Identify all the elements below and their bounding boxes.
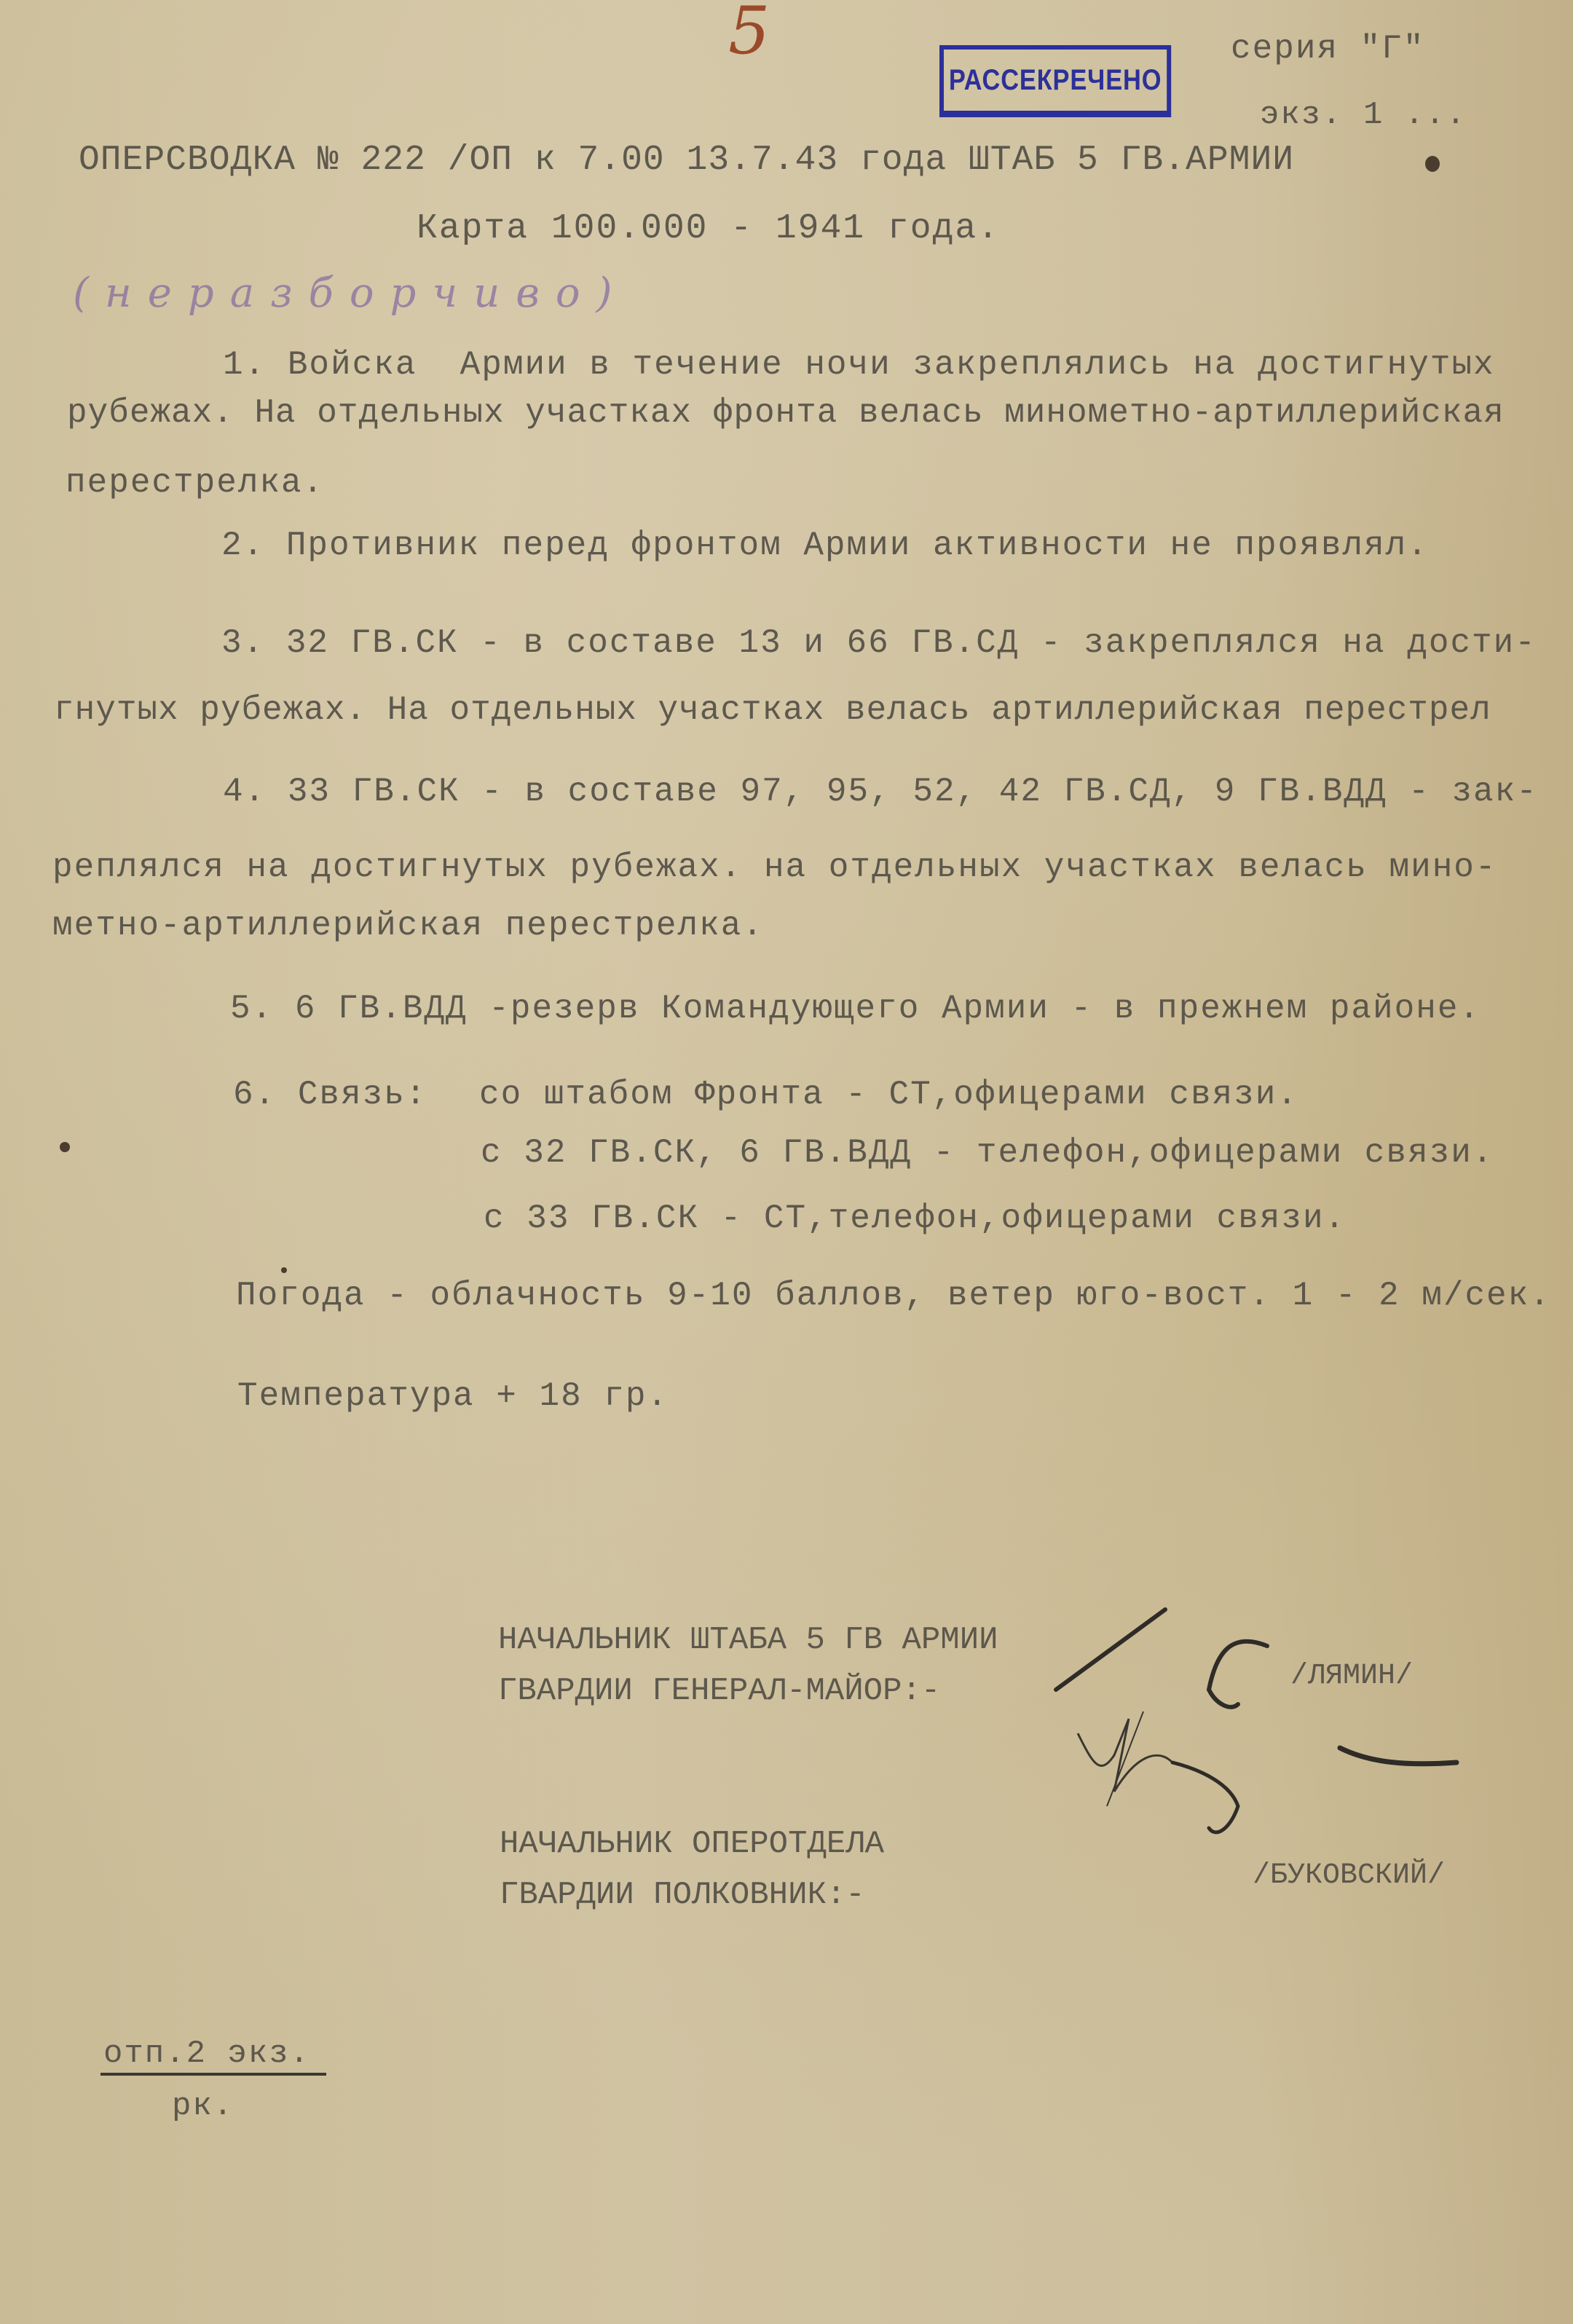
para-6-line-2: с 32 ГВ.СК, 6 ГВ.ВДД - телефон,офицерами… (481, 1136, 1494, 1170)
copies-underline (100, 2073, 326, 2076)
ink-spot (60, 1142, 70, 1152)
document-page: 5 РАССЕКРЕЧЕНО серия "Г" экз. 1 ... ОПЕР… (0, 0, 1573, 2324)
para-3-line-2: гнутых рубежах. На отдельных участках ве… (54, 693, 1491, 727)
signer-1-title-line-1: НАЧАЛЬНИК ШТАБА 5 ГВ АРМИИ (498, 1624, 998, 1656)
page-number-mark: 5 (728, 0, 770, 69)
para-1-line-1: 1. Войска Армии в течение ночи закреплял… (223, 348, 1495, 382)
signer-1-title-line-2: ГВАРДИИ ГЕНЕРАЛ-МАЙОР:- (498, 1675, 940, 1707)
report-title: ОПЕРСВОДКА № 222 /ОП к 7.00 13.7.43 года… (79, 143, 1294, 178)
weather-line: Погода - облачность 9-10 баллов, ветер ю… (236, 1279, 1551, 1312)
para-6-label: 6. Связь: (233, 1078, 427, 1111)
declassified-stamp: РАССЕКРЕЧЕНО (939, 45, 1171, 117)
ink-spot (281, 1267, 287, 1273)
para-4-line-2: реплялся на достигнутых рубежах. на отде… (52, 851, 1497, 884)
para-1-line-3: перестрелка. (66, 466, 324, 500)
map-reference: Карта 100.000 - 1941 года. (417, 211, 1000, 246)
stamp-text: РАССЕКРЕЧЕНО (949, 64, 1162, 97)
para-1-line-2: рубежах. На отдельных участках фронта ве… (67, 396, 1505, 430)
para-4-line-3: метно-артиллерийская перестрелка. (52, 909, 764, 942)
series-label: серия "Г" (1231, 32, 1424, 66)
handwritten-pencil-note: (неразборчиво) (73, 269, 628, 317)
para-4-line-1: 4. 33 ГВ.СК - в составе 97, 95, 52, 42 Г… (223, 775, 1538, 808)
copies-note: отп.2 экз. (103, 2038, 310, 2070)
para-2-line-1: 2. Противник перед фронтом Армии активно… (221, 529, 1429, 562)
para-6-line-3: с 33 ГВ.СК - СТ,телефон,офицерами связи. (484, 1202, 1346, 1235)
signer-2-name: /БУКОВСКИЙ/ (1253, 1862, 1445, 1891)
copy-label: экз. 1 ... (1260, 99, 1467, 131)
handwritten-signature-icon (1049, 1588, 1500, 1850)
typist-initials: рк. (172, 2090, 234, 2122)
signer-2-title-line-1: НАЧАЛЬНИК ОПЕРОТДЕЛА (500, 1828, 884, 1860)
para-5-line-1: 5. 6 ГВ.ВДД -резерв Командующего Армии -… (230, 992, 1481, 1025)
temperature-line: Температура + 18 гр. (237, 1379, 669, 1413)
para-3-line-1: 3. 32 ГВ.СК - в составе 13 и 66 ГВ.СД - … (221, 626, 1537, 660)
signer-2-title-line-2: ГВАРДИИ ПОЛКОВНИК:- (500, 1879, 865, 1911)
ink-blot (1425, 156, 1440, 172)
para-6-line-1: со штабом Фронта - СТ,офицерами связи. (479, 1078, 1298, 1111)
